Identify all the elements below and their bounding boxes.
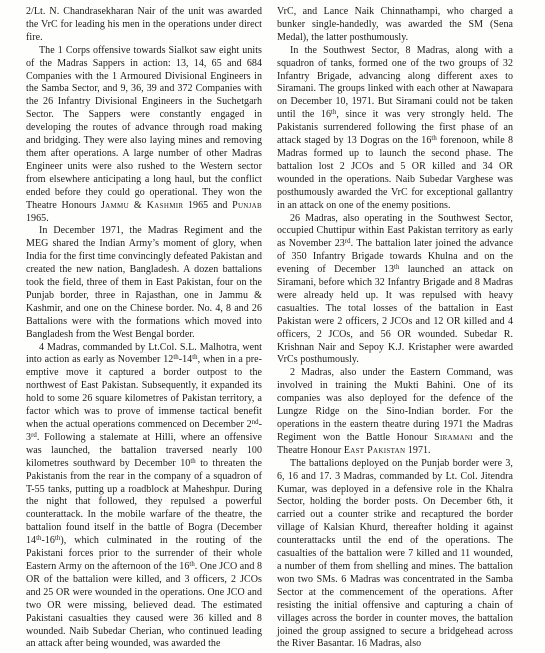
ordinal-superscript: th <box>394 264 399 271</box>
paragraph: 2/Lt. N. Chandrasekharan Nair of the uni… <box>26 6 262 45</box>
ordinal-superscript: th <box>192 354 197 361</box>
text-segment: launched an attack on Siramani, before w… <box>277 264 513 365</box>
text-segment: forenoon, while 8 Madras formed up to la… <box>277 135 513 211</box>
ordinal-superscript: th <box>431 135 436 142</box>
ordinal-superscript: rd <box>31 432 37 439</box>
text-segment: -14 <box>179 354 192 365</box>
text-segment: The 1 Corps offensive towards Sialkot sa… <box>26 45 262 211</box>
text-segment: VrC, and Lance Naik Chinnathampi, who ch… <box>277 6 513 43</box>
text-column-right: VrC, and Lance Naik Chinnathampi, who ch… <box>277 6 513 651</box>
text-segment: . One JCO and 8 OR of the battalion were… <box>26 561 262 649</box>
paragraph: In December 1971, the Madras Regiment an… <box>26 225 262 341</box>
text-column-left: 2/Lt. N. Chandrasekharan Nair of the uni… <box>26 6 262 651</box>
paragraph: The 1 Corps offensive towards Sialkot sa… <box>26 45 262 226</box>
text-segment: 1971. <box>405 445 430 456</box>
text-segment: , when in a pre-emptive move it captured… <box>26 354 262 430</box>
ordinal-superscript: th <box>173 354 178 361</box>
text-segment: -16 <box>42 535 55 546</box>
text-segment: 2/Lt. N. Chandrasekharan Nair of the uni… <box>26 6 262 43</box>
honour-name: Punjab <box>232 200 262 211</box>
ordinal-superscript: rd <box>345 238 351 245</box>
honour-name: Siramani <box>434 432 473 443</box>
paragraph: The battalions deployed on the Punjab bo… <box>277 458 513 652</box>
paragraph: 4 Madras, commanded by Lt.Col. S.L. Malh… <box>26 342 262 652</box>
book-page: 2/Lt. N. Chandrasekharan Nair of the uni… <box>0 0 545 653</box>
ordinal-superscript: th <box>331 109 336 116</box>
honour-name: East Pakistan <box>344 445 405 456</box>
ordinal-superscript: nd <box>252 419 259 426</box>
ordinal-superscript: th <box>55 535 60 542</box>
ordinal-superscript: th <box>36 535 41 542</box>
text-columns: 2/Lt. N. Chandrasekharan Nair of the uni… <box>0 0 545 651</box>
ordinal-superscript: th <box>190 458 195 465</box>
paragraph: 2 Madras, also under the Eastern Command… <box>277 367 513 457</box>
ordinal-superscript: th <box>189 561 194 568</box>
paragraph: In the Southwest Sector, 8 Madras, along… <box>277 45 513 213</box>
honour-name: Jammu & Kashmir <box>101 200 183 211</box>
text-segment: The battalions deployed on the Punjab bo… <box>277 458 513 650</box>
text-segment: to threaten the Pakistanis from the rear… <box>26 458 262 546</box>
paragraph: 26 Madras, also operating in the Southwe… <box>277 213 513 368</box>
text-segment: 1965. <box>26 213 49 224</box>
text-segment: 1965 and <box>183 200 232 211</box>
paragraph: VrC, and Lance Naik Chinnathampi, who ch… <box>277 6 513 45</box>
text-segment: In December 1971, the Madras Regiment an… <box>26 225 262 339</box>
